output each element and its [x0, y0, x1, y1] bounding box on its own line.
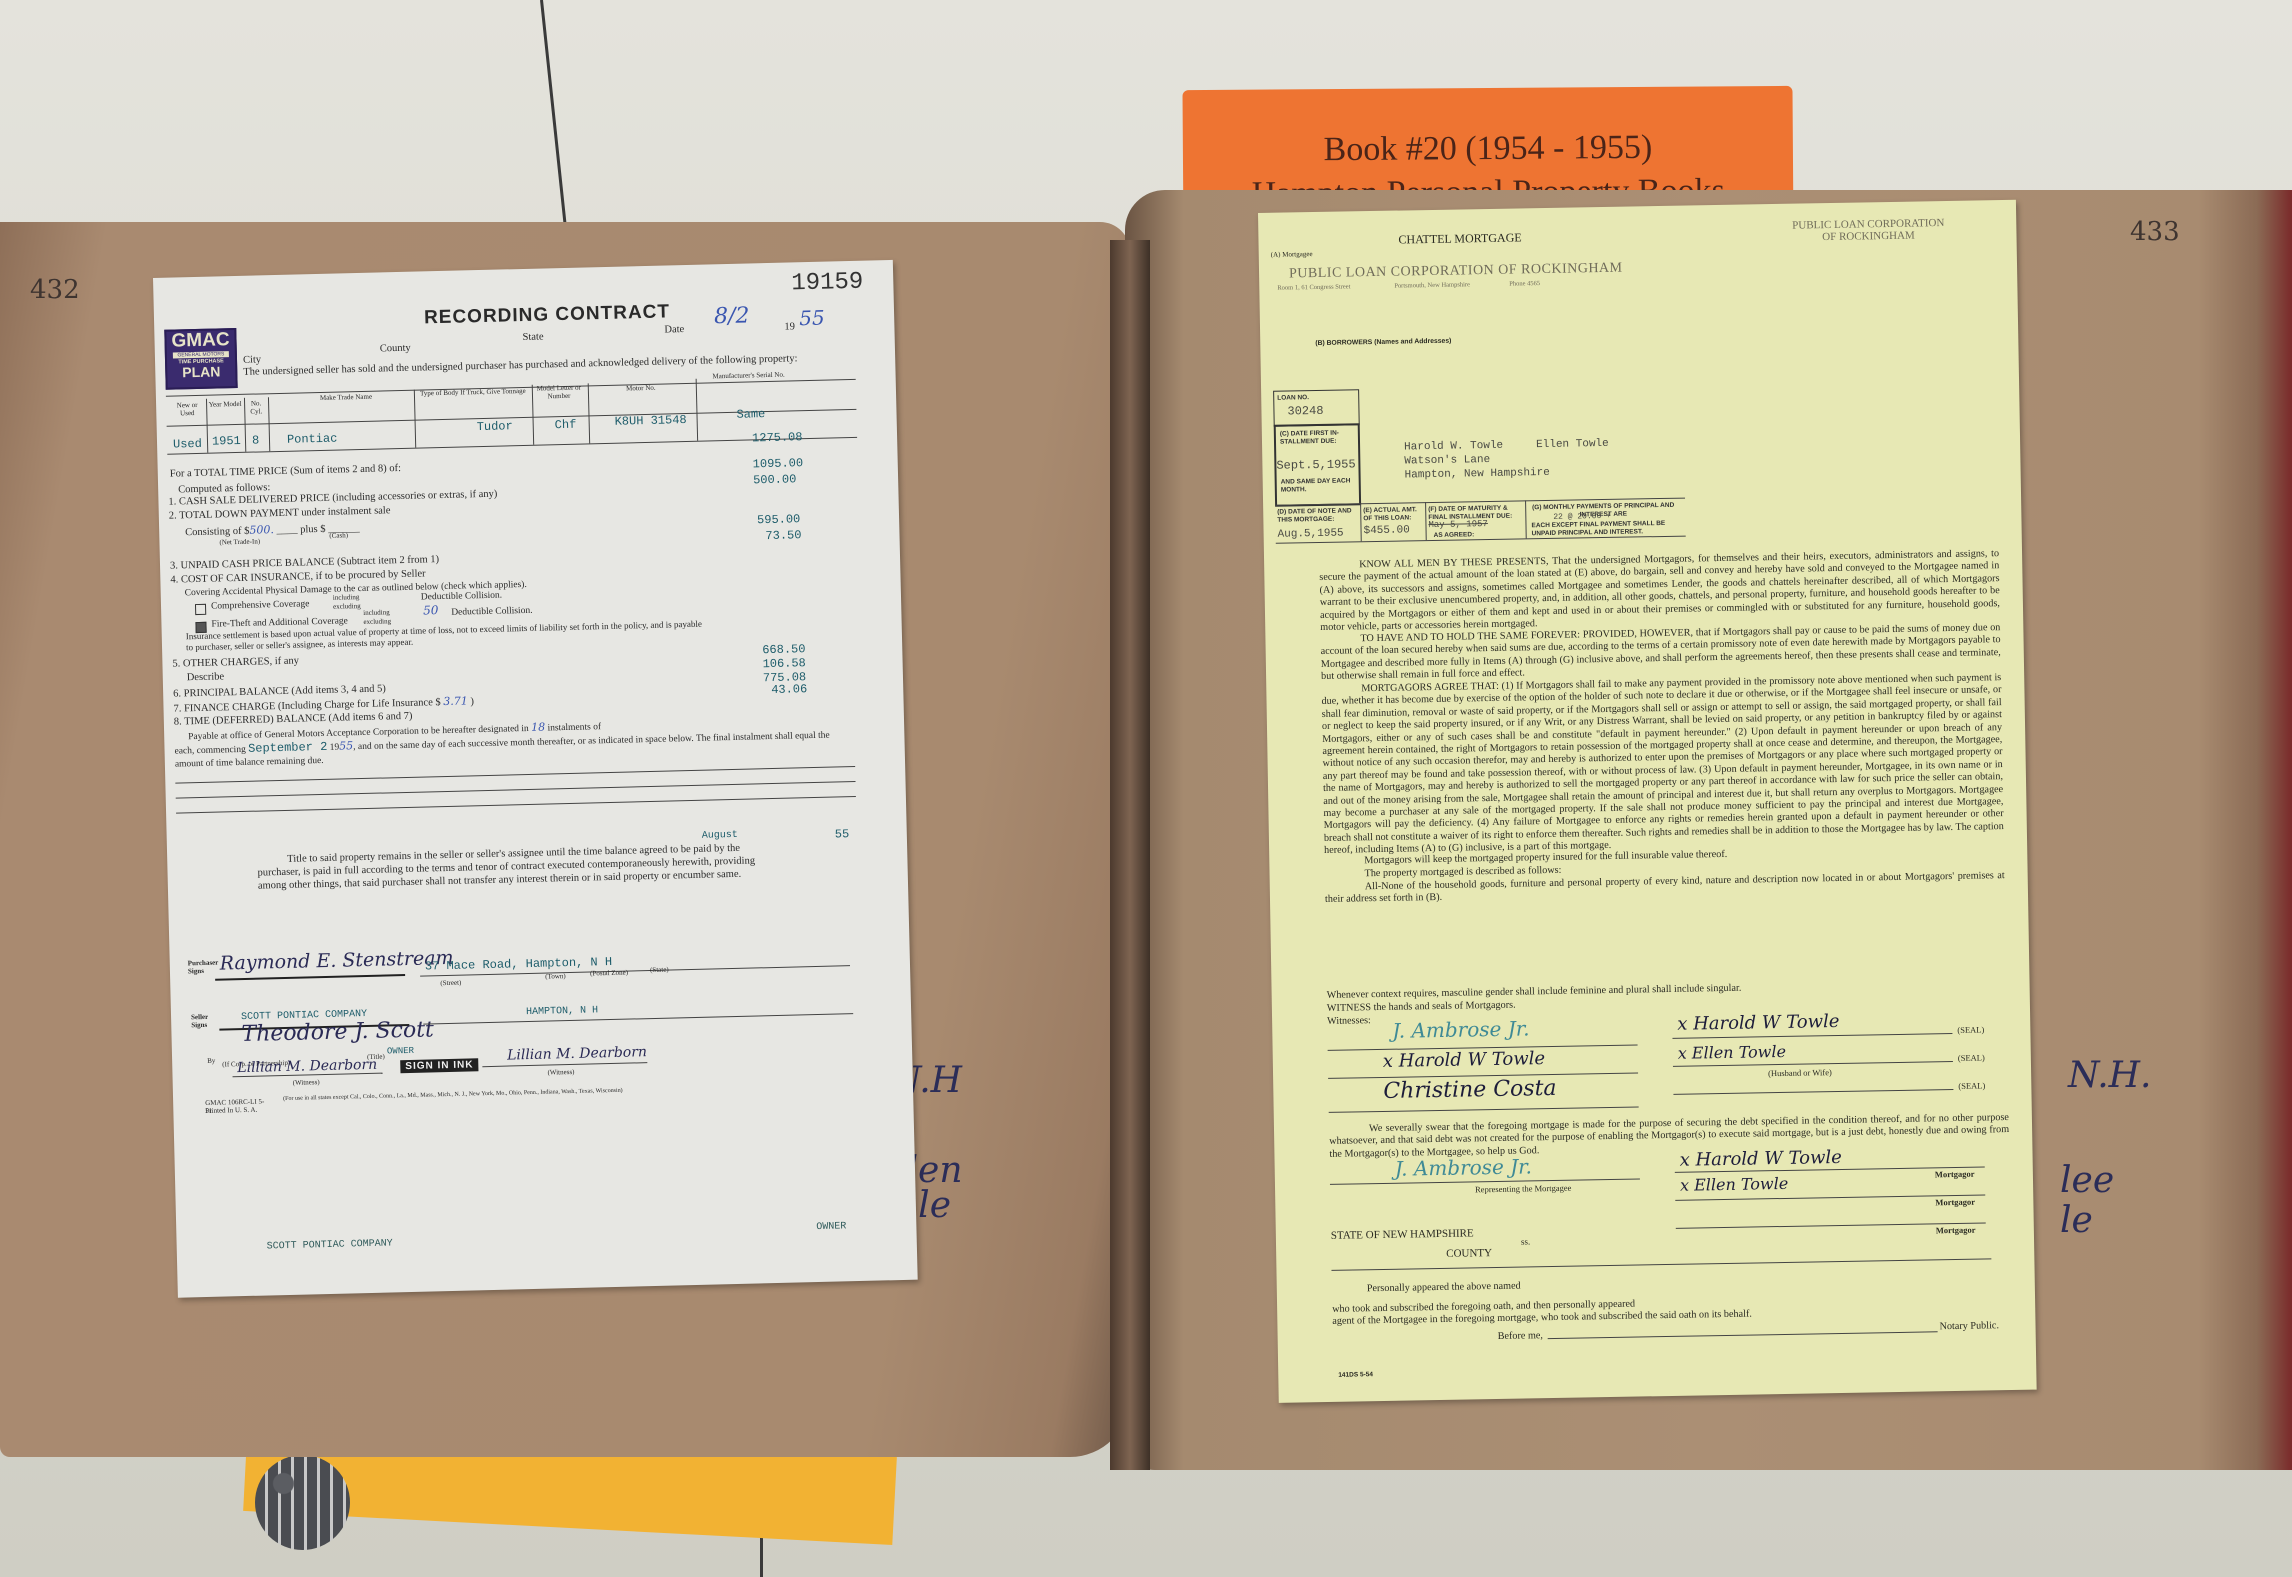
mortgagee-stamp-name: PUBLIC LOAN CORPORATION OF ROCKINGHAM: [1289, 261, 1623, 283]
personally-appeared: Personally appeared the above named: [1367, 1281, 1521, 1296]
postal-zone-caption: (Postal Zone): [590, 969, 628, 978]
county-label: County: [380, 342, 411, 356]
actual-amount-label: (E) ACTUAL AMT. OF THIS LOAN:: [1363, 506, 1423, 523]
brace-excluding: excluding: [363, 617, 391, 626]
patterned-coaster: [255, 1455, 350, 1550]
col-divider: [1525, 500, 1527, 538]
margin-handwriting: lee: [2060, 1160, 2114, 1201]
state-label: State: [522, 330, 543, 344]
vehicle-serial-no: Same: [736, 407, 765, 422]
item-number: 7.: [173, 703, 181, 714]
seller-signs-label: Seller Signs: [191, 1013, 221, 1030]
chattel-mortgage-document: CHATTEL MORTGAGE (A) Mortgagee PUBLIC LO…: [1258, 200, 2037, 1403]
husband-or-wife-caption: (Husband or Wife): [1768, 1067, 1832, 1078]
logo-plan-text: PLAN: [167, 364, 235, 380]
notary-line: [1548, 1331, 1938, 1339]
by-caption: By: [207, 1057, 215, 1065]
col-header: Type of Body If Truck, Give Tonnage: [418, 387, 528, 398]
col-header: New or Used: [170, 401, 204, 418]
seal-label: (SEAL): [1957, 1024, 1984, 1034]
mortgage-form-code: 141DS 5-54: [1338, 1371, 1373, 1379]
commencing-label: each, commencing: [174, 745, 245, 757]
brace-excluding: excluding: [333, 602, 361, 611]
vehicle-make: Pontiac: [287, 432, 338, 447]
col-divider: [1425, 502, 1427, 540]
seller-signature: Theodore J. Scott: [241, 1017, 434, 1047]
item-label: TOTAL DOWN PAYMENT under instalment sale: [179, 505, 391, 521]
first-installment-label: (C) DATE FIRST IN-STALLMENT DUE:: [1280, 429, 1354, 446]
total-value-top: 1275.08: [752, 430, 803, 445]
net-trade-in-value: 500.: [249, 523, 274, 537]
item-number: 2.: [169, 510, 177, 521]
ss-label: ss.: [1521, 1236, 1530, 1246]
sign-in-ink-badge: SIGN IN INK: [400, 1058, 479, 1073]
borrowers-label: (B) BORROWERS (Names and Addresses): [1315, 338, 1451, 347]
before-me-label: Before me,: [1498, 1330, 1543, 1343]
witness-signature: Lillian M. Dearborn: [507, 1044, 647, 1063]
loan-no-label: LOAN NO.: [1277, 394, 1309, 403]
address-line: [423, 1013, 853, 1025]
witness-caption: (Witness): [293, 1078, 320, 1087]
item-number: 6.: [173, 688, 181, 699]
instalments-of-text: instalments of: [547, 722, 601, 733]
mortgagee-stamp-address: Room 1, 61 Congress Street: [1277, 283, 1350, 291]
item-number: 4.: [170, 574, 178, 585]
col-header: Manufacturer's Serial No.: [703, 370, 793, 380]
vehicle-cylinders: 8: [252, 433, 260, 447]
state-caption: (State): [650, 966, 669, 974]
consisting-label: Consisting of $: [185, 526, 249, 539]
town-caption: (Town): [545, 972, 566, 980]
first-installment-value: Sept.5,1955: [1276, 457, 1355, 472]
date-of-note-label: (D) DATE OF NOTE AND THIS MORTGAGE:: [1277, 507, 1367, 525]
blank-line: [176, 781, 856, 799]
col-header: Make Trade Name: [286, 392, 406, 403]
witness-caption: (Witness): [547, 1068, 574, 1077]
mortgage-title: CHATTEL MORTGAGE: [1398, 230, 1521, 247]
blank-line: [176, 796, 856, 814]
date-value: 8/2: [714, 303, 750, 329]
street-caption: (Street): [440, 979, 461, 988]
gmac-recording-contract: 19159 RECORDING CONTRACT GMAC GENERAL MO…: [153, 260, 918, 1298]
net-trade-in-caption: (Net Trade-In): [219, 537, 260, 546]
seal-line: [1673, 1089, 1953, 1095]
mortgagor-signature: x Harold W Towle: [1677, 1011, 1840, 1035]
purchaser-signs-label: Purchaser Signs: [188, 959, 218, 976]
item-value: 500.00: [753, 472, 797, 487]
witness-signature: J. Ambrose Jr.: [1392, 1016, 1530, 1042]
instalment-count: 18: [531, 721, 545, 734]
vehicle-new-used: Used: [173, 437, 202, 452]
title-clause: Title to said property remains in the se…: [257, 841, 778, 893]
margin-handwriting: le: [2060, 1200, 2093, 1241]
comprehensive-label: Comprehensive Coverage: [211, 598, 310, 613]
item-number: 1.: [168, 496, 176, 507]
year-prefix: 19: [784, 320, 795, 333]
item-value: 73.50: [765, 528, 801, 543]
contract-serial-number: 19159: [791, 269, 864, 298]
col-header: Year Model: [208, 400, 242, 409]
blank-line: [1331, 1258, 1991, 1271]
comprehensive-checkbox[interactable]: [195, 604, 206, 615]
mortgagor-signature: x Ellen Towle: [1678, 1042, 1787, 1063]
instalment-amount: 43.06: [771, 682, 807, 697]
vehicle-motor-no: K8UH 31548: [614, 413, 686, 429]
vehicle-year: 1951: [212, 434, 241, 449]
notary-label: Notary Public.: [1939, 1320, 1999, 1333]
total-time-price-label: For a TOTAL TIME PRICE (Sum of items 2 a…: [170, 462, 401, 481]
year-value: 55: [799, 306, 825, 331]
borrower-city: Hampton, New Hampshire: [1404, 465, 1609, 483]
title-clause-month: August: [702, 830, 738, 842]
mortgagee-rep-signature: J. Ambrose Jr.: [1394, 1154, 1532, 1180]
maturity-value: May 5, 1957: [1428, 519, 1488, 530]
first-installment-suffix: AND SAME DAY EACH MONTH.: [1281, 477, 1351, 494]
vehicle-body: Tudor: [477, 419, 513, 434]
life-insurance-charge: 3.71: [443, 694, 468, 708]
plus-label: plus $: [300, 524, 326, 536]
fire-theft-suffix: Deductible Collision.: [451, 605, 533, 620]
cash-caption: (Cash): [329, 531, 348, 539]
commencing-year: 55: [339, 739, 353, 752]
contract-title: RECORDING CONTRACT: [424, 301, 670, 329]
describe-label: Describe: [187, 670, 225, 684]
item-value: 106.58: [762, 656, 806, 671]
item-number: 5.: [172, 658, 180, 669]
gmac-logo: GMAC GENERAL MOTORS TIME PURCHASE PLAN: [164, 328, 237, 390]
witness-signature: Christine Costa: [1383, 1076, 1557, 1104]
margin-handwriting: N.H.: [2068, 1055, 2151, 1096]
purchaser-signature: Raymond E. Stenstream: [220, 947, 454, 975]
page-number-left: 432: [30, 275, 80, 305]
mortgagor-caption: Mortgagor: [1935, 1197, 1975, 1208]
vehicle-model: Chf: [555, 418, 577, 433]
item-label: OTHER CHARGES, if any: [183, 656, 299, 670]
actual-amount-value: $455.00: [1363, 524, 1409, 537]
footer-title: OWNER: [816, 1221, 846, 1233]
date-of-note-value: Aug.5,1955: [1278, 528, 1344, 541]
col-header: Model Letter or Number: [534, 384, 584, 401]
brace-including: including: [333, 593, 360, 602]
fire-theft-deductible: 50: [423, 603, 439, 617]
ledger-spine: [1110, 240, 1150, 1470]
witness-line: [1329, 1106, 1639, 1112]
mortgagor-oath-signature: x Harold W Towle: [1679, 1147, 1842, 1171]
col-divider: [268, 397, 270, 451]
seller-title: OWNER: [387, 1046, 414, 1057]
item-number: 3.: [170, 560, 178, 571]
book-number-label: Book #20 (1954 - 1955): [1183, 128, 1793, 170]
mortgagee-stamp-city: Portsmouth, New Hampshire: [1394, 281, 1470, 289]
brace-including: including: [363, 608, 390, 617]
mortgagee-label: (A) Mortgagee: [1271, 250, 1313, 259]
oath-paragraph: We severally swear that the foregoing mo…: [1329, 1112, 2010, 1161]
seal-label: (SEAL): [1958, 1080, 1985, 1090]
loan-no-value: 30248: [1287, 404, 1323, 419]
witness-signature: x Harold W Towle: [1383, 1048, 1546, 1072]
mortgagor-caption: Mortgagor: [1936, 1225, 1976, 1236]
date-label: Date: [664, 323, 684, 336]
footer-company: SCOTT PONTIAC COMPANY: [267, 1238, 393, 1252]
printed-in-usa: Printed In U. S. A.: [205, 1106, 257, 1115]
usage-note: (For use in all states except Cal., Colo…: [283, 1082, 813, 1103]
item-value: 668.50: [762, 642, 806, 657]
county-label: COUNTY: [1446, 1247, 1492, 1260]
col-divider: [696, 379, 699, 441]
mortgagor-caption: Mortgagor: [1935, 1169, 1975, 1180]
item-value: 1095.00: [753, 456, 804, 471]
seal-label: (SEAL): [1958, 1052, 1985, 1062]
state-label: STATE OF NEW HAMPSHIRE: [1331, 1227, 1474, 1241]
mortgagee-stamp-phone: Phone 4565: [1509, 280, 1540, 288]
col-divider: [588, 383, 590, 443]
mortgagor-oath-signature: x Ellen Towle: [1680, 1174, 1789, 1195]
page-number-right: 433: [2130, 217, 2180, 247]
col-header: Motor No.: [596, 383, 686, 393]
item-value: 595.00: [757, 512, 801, 527]
commencing-date: September 2: [248, 740, 328, 756]
seller-town: HAMPTON, N H: [526, 1005, 598, 1018]
mortgagors-agree-paragraph: MORTGAGORS AGREE THAT: (1) If Mortgagors…: [1321, 672, 2004, 858]
representing-mortgagee-caption: Representing the Mortgagee: [1475, 1183, 1571, 1195]
title-clause-year: 55: [835, 827, 850, 841]
item-number: 8.: [174, 716, 182, 727]
col-header: No. Cyl.: [246, 399, 266, 415]
know-all-men-paragraph: KNOW ALL MEN BY THESE PRESENTS, That the…: [1319, 548, 2000, 634]
logo-gmac-text: GMAC: [166, 330, 234, 352]
signature-line: [215, 974, 405, 981]
